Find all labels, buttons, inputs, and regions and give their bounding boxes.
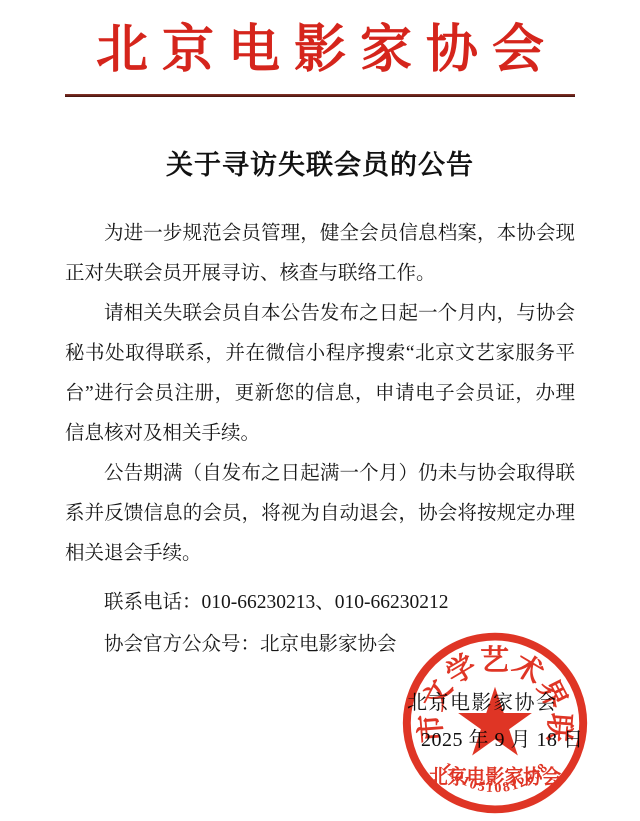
signature-org-name: 北京电影家协会 xyxy=(407,686,558,715)
official-account-line: 协会官方公众号：北京电影家协会 xyxy=(65,624,575,666)
seal-org-name: 北京电影家协会 xyxy=(429,765,561,789)
announcement-document: 北京电影家协会 关于寻访失联会员的公告 为进一步规范会员管理，健全会员信息档案，… xyxy=(0,0,640,821)
body-paragraph-2: 请相关失联会员自本公告发布之日起一个月内，与协会秘书处取得联系，并在微信小程序搜… xyxy=(65,294,575,454)
date-line: 2025 年 9 月 18 日 xyxy=(421,723,584,752)
body-paragraph-3: 公告期满（自发布之日起满一个月）仍未与协会取得联系并反馈信息的会员，将视为自动退… xyxy=(65,454,575,574)
letterhead-divider xyxy=(65,94,575,97)
body-paragraph-1: 为进一步规范会员管理，健全会员信息档案，本协会现正对失联会员开展寻访、核查与联络… xyxy=(65,214,575,294)
letterhead: 北京电影家协会 xyxy=(0,0,640,86)
contact-info: 联系电话：010-66230213、010-66230212 协会官方公众号：北… xyxy=(65,582,575,666)
document-title: 关于寻访失联会员的公告 xyxy=(0,143,640,182)
letterhead-title: 北京电影家协会 xyxy=(0,16,640,86)
document-body: 为进一步规范会员管理，健全会员信息档案，本协会现正对失联会员开展寻访、核查与联络… xyxy=(65,214,575,666)
seal-code: 11010510812638 xyxy=(438,760,552,796)
contact-phone-line: 联系电话：010-66230213、010-66230212 xyxy=(65,582,575,624)
